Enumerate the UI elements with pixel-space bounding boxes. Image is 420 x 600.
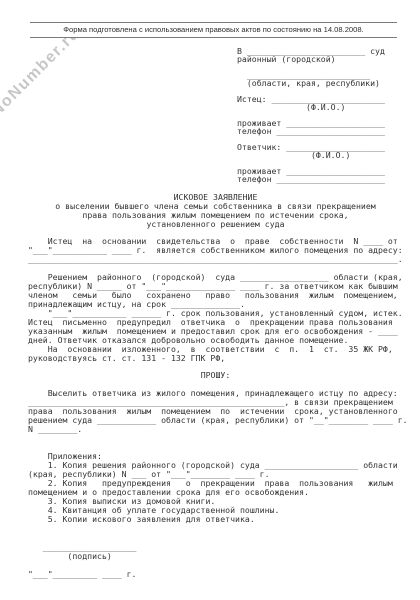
watermark-nonumber: NoNumber.ru — [0, 25, 84, 121]
document-page: NoNumber.ru Форма подготовлена с использ… — [0, 0, 420, 600]
title-line-sub3: установленного решением суда — [28, 220, 403, 229]
request-paragraph: Выселить ответчика из жилого помещения, … — [28, 389, 408, 434]
attachments-list: Приложения: 1. Копия решения районного (… — [28, 452, 398, 524]
body-paragraphs: Истец на основании свидетельства о праве… — [28, 237, 403, 363]
court-header-block: В ________________________ суд районный … — [237, 47, 385, 183]
request-heading: ПРОШУ: — [28, 370, 403, 380]
signature-block: ___________________ (подпись) "___"_____… — [28, 543, 136, 579]
document-title-block: ИСКОВОЕ ЗАЯВЛЕНИЕ о выселении бывшего чл… — [28, 193, 403, 229]
header-note: Форма подготовлена с использованием прав… — [30, 22, 397, 38]
